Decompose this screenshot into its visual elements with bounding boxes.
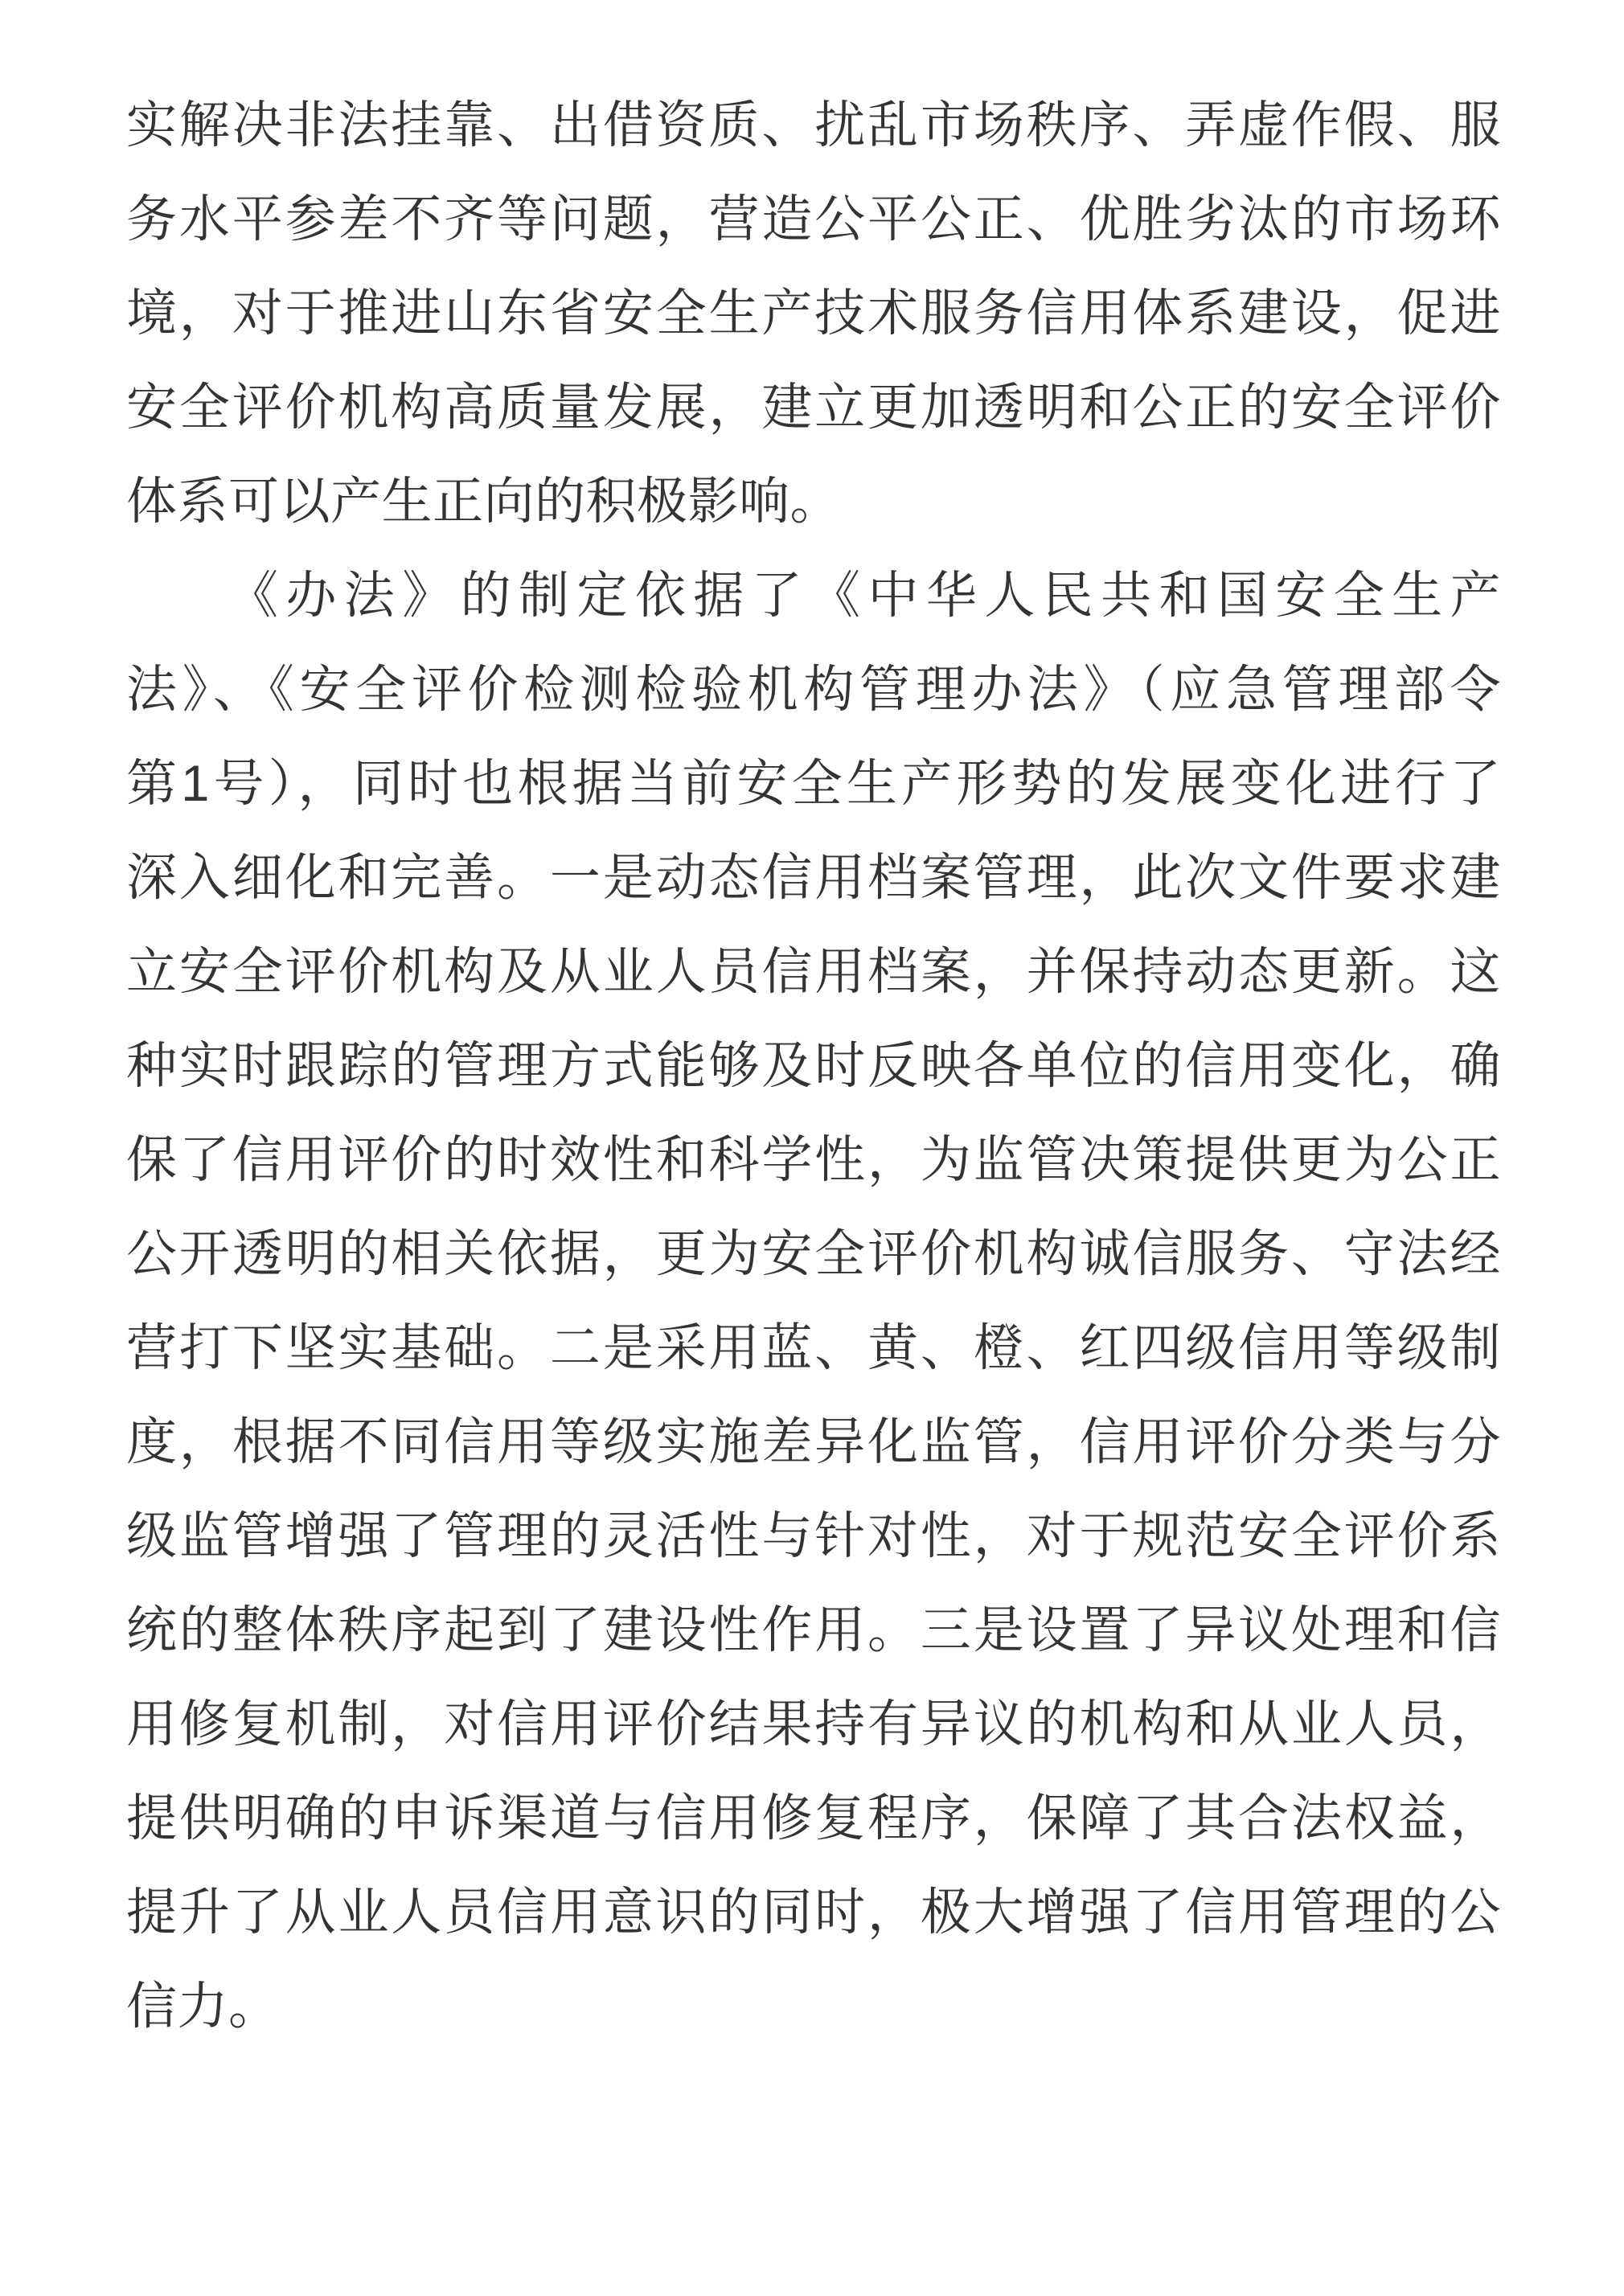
text-line: 法》、《安全评价检测检验机构管理办法》（应急管理部令 <box>126 643 1501 737</box>
text-line: 安全评价机构高质量发展，建立更加透明和公正的安全评价 <box>126 361 1501 455</box>
text-line: 境，对于推进山东省安全生产技术服务信用体系建设，促进 <box>126 267 1501 361</box>
text-line: 营打下坚实基础。二是采用蓝、黄、橙、红四级信用等级制 <box>126 1302 1501 1396</box>
text-line: 深入细化和完善。一是动态信用档案管理，此次文件要求建 <box>126 831 1501 925</box>
text-line: 体系可以产生正向的积极影响。 <box>126 455 1501 549</box>
text-line: 立安全评价机构及从业人员信用档案，并保持动态更新。这 <box>126 925 1501 1019</box>
text-line: 保了信用评价的时效性和科学性，为监管决策提供更为公正 <box>126 1113 1501 1207</box>
document-body: 实解决非法挂靠、出借资质、扰乱市场秩序、弄虚作假、服务水平参差不齐等问题，营造公… <box>126 79 1501 2054</box>
text-line: 务水平参差不齐等问题，营造公平公正、优胜劣汰的市场环 <box>126 173 1501 267</box>
document-page: 实解决非法挂靠、出借资质、扰乱市场秩序、弄虚作假、服务水平参差不齐等问题，营造公… <box>0 0 1624 2296</box>
text-line: 提升了从业人员信用意识的同时，极大增强了信用管理的公 <box>126 1866 1501 1960</box>
text-line: 《办法》的制定依据了《中华人民共和国安全生产 <box>126 549 1501 643</box>
text-line: 第1号），同时也根据当前安全生产形势的发展变化进行了 <box>126 737 1501 831</box>
text-line: 用修复机制，对信用评价结果持有异议的机构和从业人员， <box>126 1678 1501 1772</box>
text-line: 级监管增强了管理的灵活性与针对性，对于规范安全评价系 <box>126 1490 1501 1584</box>
text-line: 实解决非法挂靠、出借资质、扰乱市场秩序、弄虚作假、服 <box>126 79 1501 173</box>
text-line: 信力。 <box>126 1960 1501 2054</box>
text-line: 统的整体秩序起到了建设性作用。三是设置了异议处理和信 <box>126 1584 1501 1678</box>
text-line: 种实时跟踪的管理方式能够及时反映各单位的信用变化，确 <box>126 1019 1501 1113</box>
text-line: 公开透明的相关依据，更为安全评价机构诚信服务、守法经 <box>126 1207 1501 1302</box>
text-line: 提供明确的申诉渠道与信用修复程序，保障了其合法权益， <box>126 1772 1501 1866</box>
text-line: 度，根据不同信用等级实施差异化监管，信用评价分类与分 <box>126 1396 1501 1490</box>
